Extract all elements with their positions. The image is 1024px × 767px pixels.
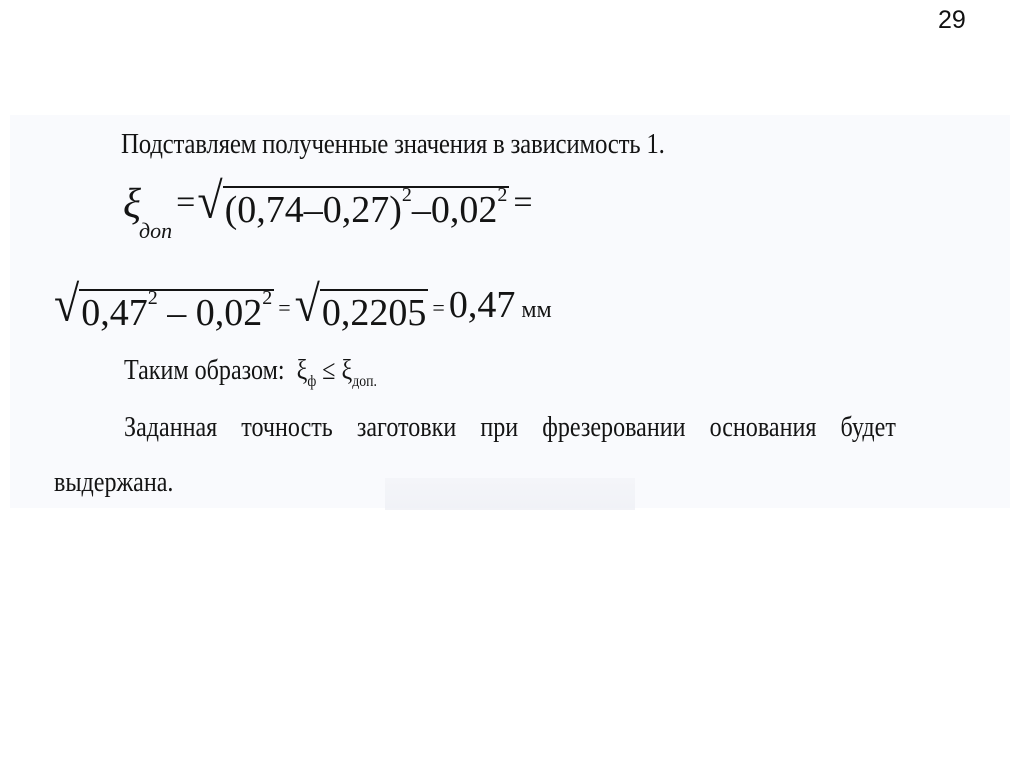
- xi-subscript: доп: [139, 218, 172, 244]
- square-root: √ (0,74–0,27)2–0,022: [197, 180, 509, 232]
- radicand: (0,74–0,27)2–0,022: [223, 186, 510, 232]
- square-root-2: √ 0,2205: [295, 283, 429, 335]
- lhs-subscript: ф: [307, 373, 316, 390]
- conclusion-label: Таким образом:: [124, 355, 285, 386]
- conclusion-line: Таким образом: ξф ≤ ξдоп.: [124, 355, 377, 387]
- lhs-symbol: ξ: [297, 355, 308, 386]
- page-number: 29: [938, 6, 966, 35]
- radical-icon: √: [54, 279, 79, 330]
- equation-result: √ 0,472 – 0,022 = √ 0,2205 = 0,47 мм: [54, 283, 552, 335]
- square-root-1: √ 0,472 – 0,022: [54, 283, 274, 335]
- rhs-subscript: доп.: [352, 373, 377, 390]
- trailing-equals: =: [513, 184, 532, 222]
- result-value: 0,47: [449, 283, 516, 327]
- final-statement-line1: Заданная точность заготовки при фрезеров…: [124, 412, 984, 444]
- radical-icon: √: [197, 176, 222, 227]
- equals-sign-2: =: [432, 295, 444, 321]
- unit-label: мм: [521, 297, 551, 324]
- relation-symbol: ≤: [322, 355, 335, 386]
- final-statement-line2: выдержана.: [54, 467, 173, 499]
- rhs-symbol: ξ: [342, 355, 353, 386]
- intro-text: Подставляем полученные значения в зависи…: [121, 128, 665, 161]
- scan-artifact: [385, 478, 635, 510]
- radicand-1: 0,472 – 0,022: [79, 289, 274, 335]
- radical-icon: √: [295, 279, 320, 330]
- equals-sign: =: [176, 184, 195, 222]
- radicand-2: 0,2205: [320, 289, 429, 335]
- equals-sign-1: =: [278, 295, 290, 321]
- equation-xi-allowed: ξ доп = √ (0,74–0,27)2–0,022 =: [123, 180, 535, 232]
